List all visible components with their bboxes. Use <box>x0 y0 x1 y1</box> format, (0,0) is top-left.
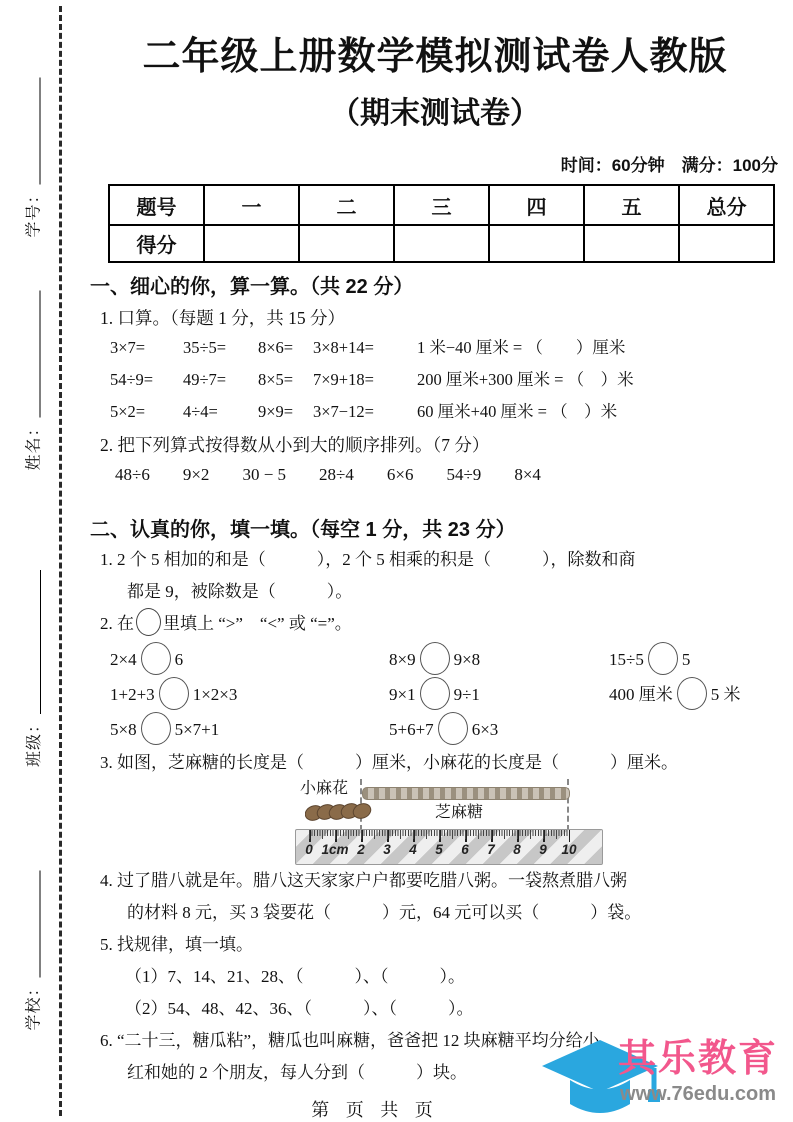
oral-calc-row: 5×2= 4÷4= 9×9= 3×7−12= 60 厘米+40 厘米 = （ ）… <box>110 396 780 428</box>
answer-circle[interactable] <box>159 677 189 710</box>
ruler-number: 1cm <box>321 842 348 857</box>
score-table-header-cell: 题号 <box>109 185 204 225</box>
class-field: 班级： <box>21 570 44 767</box>
student-id-label: 学号： <box>21 186 44 237</box>
oral-problem: 49÷7= <box>183 364 258 396</box>
sort-expression: 8×4 <box>514 459 541 490</box>
ruler-number: 5 <box>435 842 443 857</box>
q2-prefix: 2. 在 <box>100 614 134 633</box>
oral-calc-row: 54÷9= 49÷7= 8×5= 7×9+18= 200 厘米+300 厘米 =… <box>110 364 780 396</box>
oral-problem: 5×2= <box>110 396 183 428</box>
score-cell[interactable] <box>489 225 584 262</box>
oral-calc-row: 3×7= 35÷5= 8×6= 3×8+14= 1 米−40 厘米 = （ ）厘… <box>110 332 780 364</box>
oral-problem: 4÷4= <box>183 396 258 428</box>
left-expression: 1+2+3 <box>110 685 155 704</box>
answer-circle[interactable] <box>141 642 171 675</box>
class-label: 班级： <box>21 716 44 767</box>
section1-item1-label: 1. 口算。（每题 1 分，共 15 分） <box>90 304 780 332</box>
q2-suffix: 里填上 “>” “<” 或 “=”。 <box>163 614 352 633</box>
oral-problem: 3×7= <box>110 332 183 364</box>
ruler-number: 0 <box>305 842 313 857</box>
ruler-figure: 小麻花 芝麻糖 0 1cm 2 3 4 5 6 7 <box>295 779 605 865</box>
q5-label: 5. 找规律，填一填。 <box>90 929 780 961</box>
ruler-ticks <box>309 830 570 842</box>
sort-expression: 54÷9 <box>446 459 481 490</box>
score-table: 题号 一 二 三 四 五 总分 得分 <box>108 184 775 263</box>
q5-sub1: （1）7、14、21、28、（ ）、（ ）。 <box>90 961 780 993</box>
comparison-item: 400 厘米5 米 <box>609 677 780 712</box>
mahua-image <box>305 799 373 825</box>
comparison-item: 9×19÷1 <box>389 677 609 712</box>
ruler-number: 10 <box>561 842 576 857</box>
score-cell[interactable] <box>299 225 394 262</box>
oral-problem: 60 厘米+40 厘米 = （ ）米 <box>417 396 780 428</box>
oral-problem: 35÷5= <box>183 332 258 364</box>
score-cell[interactable] <box>679 225 774 262</box>
sort-expression: 48÷6 <box>115 459 150 490</box>
right-expression: 5 米 <box>711 685 741 704</box>
ruler-number: 3 <box>383 842 391 857</box>
q5-sub2: （2）54、48、42、36、（ ）、（ ）。 <box>90 993 780 1025</box>
score-table-header-cell: 四 <box>489 185 584 225</box>
answer-circle[interactable] <box>438 712 468 745</box>
brand-url[interactable]: www.76edu.com <box>604 1082 792 1106</box>
oral-problem: 3×7−12= <box>313 396 417 428</box>
q3-label: 3. 如图，芝麻糖的长度是（ ）厘米，小麻花的长度是（ ）厘米。 <box>90 747 780 779</box>
score-cell[interactable] <box>204 225 299 262</box>
ruler-number: 4 <box>409 842 417 857</box>
comparison-row: 2×46 8×99×8 15÷55 <box>110 642 780 677</box>
score-table-header-cell: 三 <box>394 185 489 225</box>
right-expression: 6×3 <box>472 720 499 739</box>
test-paper-page: 学号： 姓名： 班级： 学校： 二年级上册数学模拟测试卷人教版 （期末测试卷） … <box>0 0 793 1122</box>
ruler-image: 0 1cm 2 3 4 5 6 7 8 9 10 <box>295 829 603 865</box>
comparison-item: 2×46 <box>110 642 389 677</box>
ruler-number: 6 <box>461 842 469 857</box>
ruler-number: 8 <box>513 842 521 857</box>
student-name-field: 姓名： <box>21 291 44 471</box>
score-table-score-row: 得分 <box>109 225 774 262</box>
school-label: 学校： <box>21 979 44 1030</box>
left-expression: 5×8 <box>110 720 137 739</box>
exam-meta: 时间：60分钟 满分：100分 <box>90 156 780 176</box>
right-expression: 5×7+1 <box>175 720 220 739</box>
student-name-blank[interactable] <box>39 291 41 418</box>
student-name-label: 姓名： <box>21 419 44 470</box>
sort-expression: 9×2 <box>183 459 210 490</box>
page-title: 二年级上册数学模拟测试卷人教版 <box>90 32 780 82</box>
student-id-field: 学号： <box>21 78 44 238</box>
score-table-header-row: 题号 一 二 三 四 五 总分 <box>109 185 774 225</box>
ruler-number: 2 <box>357 842 365 857</box>
ruler-number: 9 <box>539 842 547 857</box>
answer-circle[interactable] <box>648 642 678 675</box>
left-expression: 5+6+7 <box>389 720 434 739</box>
section1-item2-label: 2. 把下列算式按得数从小到大的顺序排列。（7 分） <box>90 431 780 459</box>
q4-line1: 4. 过了腊八就是年。腊八这天家家户户都要吃腊八粥。一袋熬煮腊八粥 <box>90 865 780 897</box>
mahua-label: 小麻花 <box>300 779 348 799</box>
score-cell[interactable] <box>394 225 489 262</box>
brand-text-block: 其乐教育 www.76edu.com <box>604 1036 792 1106</box>
left-expression: 9×1 <box>389 685 416 704</box>
sort-expression: 30 − 5 <box>242 459 286 490</box>
school-blank[interactable] <box>39 871 41 978</box>
score-table-header-cell: 五 <box>584 185 679 225</box>
class-blank[interactable] <box>39 570 41 714</box>
score-table-header-cell: 一 <box>204 185 299 225</box>
oral-problem: 8×6= <box>258 332 313 364</box>
comparison-grid: 2×46 8×99×8 15÷55 1+2+31×2×3 9×19÷1 400 … <box>90 642 780 747</box>
oral-problem: 7×9+18= <box>313 364 417 396</box>
comparison-row: 5×85×7+1 5+6+76×3 <box>110 712 780 747</box>
sesame-candy-label: 芝麻糖 <box>435 803 483 823</box>
answer-circle[interactable] <box>136 608 161 636</box>
score-cell[interactable] <box>584 225 679 262</box>
score-row-label: 得分 <box>109 225 204 262</box>
right-expression: 1×2×3 <box>193 685 238 704</box>
oral-problem: 9×9= <box>258 396 313 428</box>
comparison-item: 5×85×7+1 <box>110 712 389 747</box>
oral-problem: 200 厘米+300 厘米 = （ ）米 <box>417 364 780 396</box>
sesame-candy-image <box>362 787 570 800</box>
right-expression: 9×8 <box>454 650 481 669</box>
comparison-item: 5+6+76×3 <box>389 712 609 747</box>
oral-problem: 8×5= <box>258 364 313 396</box>
q1-line1: 1. 2 个 5 相加的和是（ ），2 个 5 相乘的积是（ ），除数和商 <box>90 544 780 576</box>
ruler-number: 7 <box>487 842 495 857</box>
left-expression: 15÷5 <box>609 650 644 669</box>
page-subtitle: （期末测试卷） <box>90 94 780 134</box>
school-field: 学校： <box>21 871 44 1031</box>
answer-circle[interactable] <box>141 712 171 745</box>
brand-name: 其乐教育 <box>604 1036 792 1082</box>
section2-heading: 二、认真的你，填一填。（每空 1 分，共 23 分） <box>90 517 780 544</box>
oral-problem: 54÷9= <box>110 364 183 396</box>
left-expression: 8×9 <box>389 650 416 669</box>
brand-logo: 其乐教育 www.76edu.com <box>540 1036 792 1120</box>
left-expression: 400 厘米 <box>609 685 673 704</box>
oral-problem: 1 米−40 厘米 = （ ）厘米 <box>417 332 780 364</box>
sort-expressions-row: 48÷6 9×2 30 − 5 28÷4 6×6 54÷9 8×4 <box>115 459 780 490</box>
q4-line2: 的材料 8 元，买 3 袋要花（ ）元，64 元可以买（ ）袋。 <box>90 897 780 929</box>
answer-circle[interactable] <box>420 677 450 710</box>
comparison-row: 1+2+31×2×3 9×19÷1 400 厘米5 米 <box>110 677 780 712</box>
comparison-item: 1+2+31×2×3 <box>110 677 389 712</box>
section1-heading: 一、细心的你，算一算。（共 22 分） <box>90 274 780 301</box>
paper-content: 二年级上册数学模拟测试卷人教版 （期末测试卷） 时间：60分钟 满分：100分 … <box>90 0 780 1122</box>
right-expression: 6 <box>175 650 184 669</box>
fold-dash-line <box>59 6 62 1116</box>
sort-expression: 28÷4 <box>319 459 354 490</box>
answer-circle[interactable] <box>677 677 707 710</box>
left-expression: 2×4 <box>110 650 137 669</box>
student-id-blank[interactable] <box>39 78 41 185</box>
q2-intro: 2. 在里填上 “>” “<” 或 “=”。 <box>90 608 780 640</box>
oral-problem: 3×8+14= <box>313 332 417 364</box>
score-table-header-cell: 总分 <box>679 185 774 225</box>
right-expression: 5 <box>682 650 691 669</box>
score-table-header-cell: 二 <box>299 185 394 225</box>
answer-circle[interactable] <box>420 642 450 675</box>
q1-line2: 都是 9，被除数是（ ）。 <box>90 576 780 608</box>
comparison-item: 8×99×8 <box>389 642 609 677</box>
comparison-item: 15÷55 <box>609 642 780 677</box>
sort-expression: 6×6 <box>387 459 414 490</box>
right-expression: 9÷1 <box>454 685 480 704</box>
